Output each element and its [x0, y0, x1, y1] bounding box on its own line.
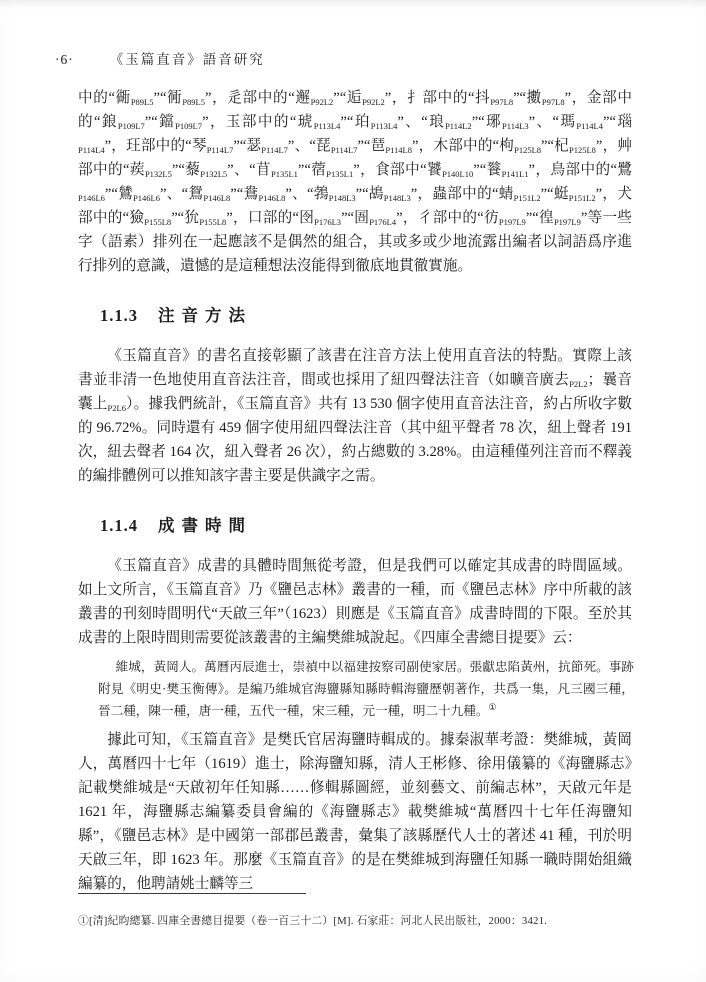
- section-number: 1.1.3: [100, 306, 138, 325]
- section-number: 1.1.4: [100, 516, 138, 535]
- paragraph-notation-method: 《玉篇直音》的書名直接彰顯了該書在注音方法上使用直音法的特點。實際上該書並非清一…: [78, 344, 632, 488]
- page-header: ·6· 《玉篇直音》語音研究: [55, 48, 628, 68]
- paragraph-dating-evidence: 據此可知，《玉篇直音》是樊氏官居海鹽時輯成的。據秦淑華考證：樊維城，黃岡人，萬曆…: [78, 728, 632, 896]
- section-heading-1-1-3: 1.1.3注音方法: [100, 302, 632, 326]
- siku-quote-block: 維城，黃岡人。萬曆丙辰進士，崇禎中以福建按察司副使家居。張獻忠陷黃州，抗節死。事…: [98, 656, 634, 722]
- page-number: ·6·: [55, 52, 74, 68]
- scan-shadow: [0, 0, 706, 8]
- paragraph-word-order-continued: 中的“衚P89L5”“衕P89L5”，辵部中的“邂P92L2”“逅P92L2”，…: [78, 86, 632, 278]
- paragraph-dating-intro: 《玉篇直音》成書的具體時間無從考證，但是我們可以確定其成書的時間區域。如上文所言…: [78, 554, 632, 650]
- footnote-citation: ①[清]紀昀總纂. 四庫全書總目提要（卷一百三十二）[M]. 石家莊：河北人民出…: [78, 914, 632, 929]
- footnote-area: ①[清]紀昀總纂. 四庫全書總目提要（卷一百三十二）[M]. 石家莊：河北人民出…: [78, 893, 632, 929]
- section-title: 成書時間: [158, 516, 252, 535]
- section-heading-1-1-4: 1.1.4成書時間: [100, 512, 632, 536]
- book-page: ·6· 《玉篇直音》語音研究 中的“衚P89L5”“衕P89L5”，辵部中的“邂…: [0, 0, 706, 982]
- page-body: 中的“衚P89L5”“衕P89L5”，辵部中的“邂P92L2”“逅P92L2”，…: [78, 86, 632, 896]
- section-title: 注音方法: [158, 306, 252, 325]
- footnote-separator: [78, 893, 306, 894]
- running-title: 《玉篇直音》語音研究: [110, 48, 265, 68]
